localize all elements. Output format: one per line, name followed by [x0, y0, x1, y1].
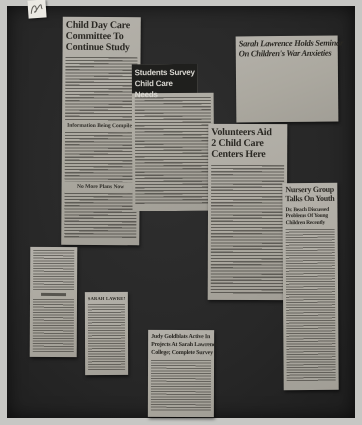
photo-mat: Child Day Care Committee To Continue Stu… — [0, 0, 362, 425]
reversed-headline: Students Survey Child Care Needs — [132, 64, 198, 93]
headline: Sarah Lawrence Holds Seminar On Children… — [239, 39, 335, 59]
headline: Nursery Group Talks On Youth — [285, 186, 334, 204]
headline-line: Judy Goldblats Active In — [151, 333, 211, 341]
headline: Judy Goldblats Active In Projects At Sar… — [151, 333, 211, 357]
handwritten-mark-icon — [27, 0, 46, 19]
headline-line: College; Complete Survey — [151, 349, 211, 357]
headline-line: Students Survey — [135, 67, 196, 78]
illegible-subhead — [41, 293, 66, 296]
body-text — [65, 131, 137, 182]
body-text — [64, 192, 136, 239]
headline: Child Day Care Committee To Continue Stu… — [66, 20, 138, 54]
body-text — [65, 56, 137, 121]
subhead: Information Being Compiled — [65, 122, 137, 130]
clipping-students-survey: Students Survey Child Care Needs — [132, 64, 215, 211]
headline-line: Continue Study — [66, 42, 138, 54]
headline-line: Committee To — [66, 31, 138, 43]
headline-line: Talks On Youth — [285, 195, 334, 204]
body-text — [211, 164, 284, 294]
clipping-sarah-lawrence-college: SARAH LAWRENCE COLLEGE — [85, 292, 128, 375]
headline-line: Centers Here — [211, 149, 284, 160]
corner-label — [27, 0, 46, 19]
body-text — [33, 299, 74, 352]
body-text — [135, 97, 212, 205]
clipping-child-day-care: Child Day Care Committee To Continue Stu… — [61, 17, 141, 246]
headline-line: 2 Child Care — [211, 138, 284, 149]
headline-line: Child Day Care — [66, 20, 138, 32]
headline: Volunteers Aid 2 Child Care Centers Here — [211, 127, 284, 161]
clipping-left-column — [30, 247, 78, 357]
header: SARAH LAWRENCE COLLEGE — [88, 295, 125, 302]
body-text — [151, 360, 211, 411]
body-text — [33, 250, 74, 290]
headline-line: On Children's War Anxieties — [239, 48, 335, 58]
subhead: No More Plans Now — [65, 183, 137, 191]
clipping-judy-goldblats: Judy Goldblats Active In Projects At Sar… — [148, 330, 214, 417]
clipping-volunteers: Volunteers Aid 2 Child Care Centers Here — [208, 124, 288, 300]
clipping-nursery-group: Nursery Group Talks On Youth Dr. Beach D… — [282, 183, 338, 390]
subhead-line: Children Recently — [286, 220, 335, 227]
subhead: Dr. Beach Discussed Problems Of Young Ch… — [285, 207, 334, 227]
headline-line: Projects At Sarah Lawrence — [151, 341, 211, 349]
headline-line: Volunteers Aid — [211, 127, 284, 138]
clipping-seminar: Sarah Lawrence Holds Seminar On Children… — [236, 36, 339, 123]
body-text — [286, 229, 336, 381]
scrapbook-page: Child Day Care Committee To Continue Stu… — [7, 6, 355, 418]
two-column-body — [239, 61, 335, 116]
body-text — [88, 304, 125, 370]
